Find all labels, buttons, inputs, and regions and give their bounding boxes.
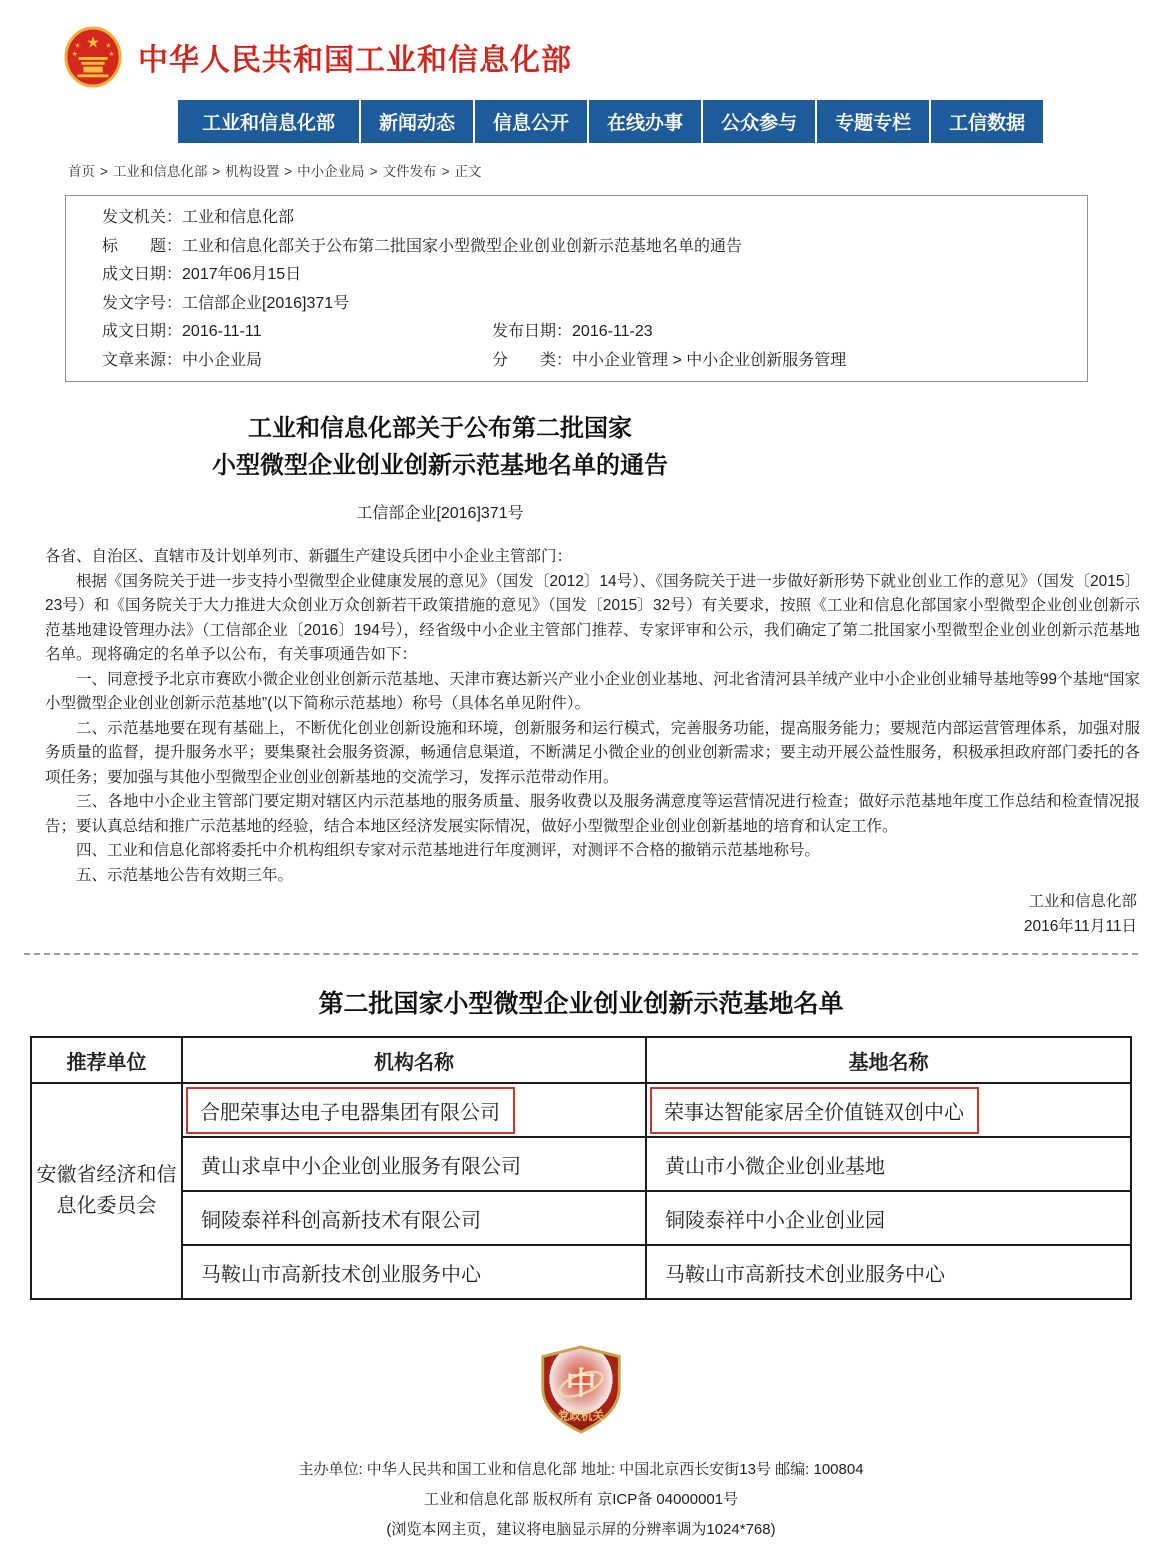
base-list-table: 推荐单位 机构名称 基地名称 安徽省经济和信息化委员会 合肥荣事达电子电器集团有… [30,1036,1132,1300]
nav-item-public-participation[interactable]: 公众参与 [701,100,815,143]
highlight-box-org: 合肥荣事达电子电器集团有限公司 [186,1087,515,1134]
breadcrumb-separator: > [100,164,108,179]
signature-issuer: 工业和信息化部 [0,889,1137,914]
meta-label: 分 类： [492,352,572,369]
svg-text:★: ★ [72,51,78,58]
svg-text:★: ★ [75,42,81,49]
table-header-recommender: 推荐单位 [31,1037,182,1083]
breadcrumb-home[interactable]: 首页 [68,164,95,179]
base-cell: 铜陵泰祥中小企业创业园 [646,1191,1131,1245]
national-emblem-icon: ★ ★ ★ ★ ★ [64,26,122,88]
footer-copyright-line: 工业和信息化部 版权所有 京ICP备 04000001号 [0,1485,1162,1515]
meta-label: 发文字号： [102,295,182,312]
meta-field-category: 分 类：中小企业管理 > 中小企业创新服务管理 [492,347,846,376]
meta-label: 文章来源： [102,352,182,369]
meta-row-source-category: 文章来源：中小企业局 分 类：中小企业管理 > 中小企业创新服务管理 [66,347,1087,376]
highlight-box-base: 荣事达智能家居全价值链双创中心 [650,1087,979,1134]
table-header-row: 推荐单位 机构名称 基地名称 [31,1037,1131,1083]
meta-value: 工业和信息化部关于公布第二批国家小型微型企业创业创新示范基地名单的通告 [182,238,742,255]
svg-text:★: ★ [86,34,100,51]
footer-text: 主办单位: 中华人民共和国工业和信息化部 地址: 中国北京西长安街13号 邮编:… [0,1455,1162,1545]
svg-text:党政机关: 党政机关 [558,1409,604,1423]
table-row: 铜陵泰祥科创高新技术有限公司 铜陵泰祥中小企业创业园 [31,1191,1131,1245]
breadcrumb-miit[interactable]: 工业和信息化部 [113,164,208,179]
svg-text:★: ★ [105,42,111,49]
meta-value: 中小企业管理 > 中小企业创新服务管理 [572,352,846,369]
document-title-line2: 小型微型企业创业创新示范基地名单的通告 [0,447,880,484]
breadcrumb-sme-bureau[interactable]: 中小企业局 [297,164,365,179]
table-row: 安徽省经济和信息化委员会 合肥荣事达电子电器集团有限公司 荣事达智能家居全价值链… [31,1083,1131,1137]
meta-label: 成文日期： [102,323,182,340]
signature-block: 工业和信息化部 2016年11月11日 [0,889,1137,939]
meta-label: 成文日期： [102,266,182,283]
meta-label: 发布日期： [492,323,572,340]
footer-host-line: 主办单位: 中华人民共和国工业和信息化部 地址: 中国北京西长安街13号 邮编:… [0,1455,1162,1485]
document-number: 工信部企业[2016]371号 [0,500,880,523]
meta-value: 工信部企业[2016]371号 [182,295,349,312]
doc-salutation: 各省、自治区、直辖市及计划单列市、新疆生产建设兵团中小企业主管部门： [45,545,1140,570]
meta-value: 2016-11-23 [572,323,653,340]
svg-text:★: ★ [108,51,114,58]
org-cell: 铜陵泰祥科创高新技术有限公司 [182,1191,646,1245]
breadcrumb-doc-release[interactable]: 文件发布 [383,164,437,179]
meta-label: 发文机关： [102,209,182,226]
doc-paragraph-item2: 二、示范基地要在现有基础上，不断优化创业创新设施和环境，创新服务和运行模式，完善… [45,717,1140,791]
meta-row-title: 标 题：工业和信息化部关于公布第二批国家小型微型企业创业创新示范基地名单的通告 [66,233,1087,262]
meta-row-dates: 成文日期：2016-11-11 发布日期：2016-11-23 [66,318,1087,347]
table-title: 第二批国家小型微型企业创业创新示范基地名单 [0,984,1162,1020]
doc-paragraph-item5: 五、示范基地公告有效期三年。 [45,864,1140,889]
document-body: 各省、自治区、直辖市及计划单列市、新疆生产建设兵团中小企业主管部门： 根据《国务… [45,545,1140,888]
meta-value: 2016-11-11 [182,323,261,340]
meta-row-doc-number: 发文字号：工信部企业[2016]371号 [66,290,1087,319]
base-cell-highlighted: 荣事达智能家居全价值链双创中心 [646,1083,1131,1137]
meta-label: 标 题： [102,238,182,255]
nav-item-miit[interactable]: 工业和信息化部 [178,100,359,143]
breadcrumb-separator: > [284,164,292,179]
breadcrumb-separator: > [370,164,378,179]
party-gov-badge-icon: 中 党政机关 [538,1344,624,1436]
doc-paragraph-item1: 一、同意授予北京市赛欧小微企业创业创新示范基地、天津市赛达新兴产业小企业创业基地… [45,668,1140,717]
meta-value: 中小企业局 [182,352,262,369]
breadcrumb-separator: > [442,164,450,179]
nav-item-info-disclosure[interactable]: 信息公开 [473,100,587,143]
org-cell-highlighted: 合肥荣事达电子电器集团有限公司 [182,1083,646,1137]
meta-row-issuing-agency: 发文机关：工业和信息化部 [66,204,1087,233]
doc-paragraph-item3: 三、各地中小企业主管部门要定期对辖区内示范基地的服务质量、服务收费以及服务满意度… [45,790,1140,839]
nav-item-special-topics[interactable]: 专题专栏 [815,100,929,143]
page-footer: 中 党政机关 主办单位: 中华人民共和国工业和信息化部 地址: 中国北京西长安街… [0,1344,1162,1545]
doc-paragraph-item4: 四、工业和信息化部将委托中介机构组织专家对示范基地进行年度测评，对测评不合格的撤… [45,839,1140,864]
table-header-org: 机构名称 [182,1037,646,1083]
signature-date: 2016年11月11日 [0,914,1137,939]
org-cell: 马鞍山市高新技术创业服务中心 [182,1245,646,1299]
base-cell: 马鞍山市高新技术创业服务中心 [646,1245,1131,1299]
main-nav: 工业和信息化部 新闻动态 信息公开 在线办事 公众参与 专题专栏 工信数据 [178,100,1043,143]
nav-item-online-services[interactable]: 在线办事 [587,100,701,143]
org-cell: 黄山求卓中小企业创业服务有限公司 [182,1137,646,1191]
doc-paragraph-basis: 根据《国务院关于进一步支持小型微型企业健康发展的意见》（国发〔2012〕14号）… [45,570,1140,668]
svg-text:中: 中 [566,1367,597,1401]
document-meta-box: 发文机关：工业和信息化部 标 题：工业和信息化部关于公布第二批国家小型微型企业创… [65,195,1088,382]
recommender-cell: 安徽省经济和信息化委员会 [31,1083,182,1299]
meta-field-publish-date: 发布日期：2016-11-23 [492,318,653,347]
table-row: 黄山求卓中小企业创业服务有限公司 黄山市小微企业创业基地 [31,1137,1131,1191]
breadcrumb-org-setup[interactable]: 机构设置 [225,164,279,179]
breadcrumb-separator: > [212,164,220,179]
dashed-divider [24,953,1138,955]
base-cell: 黄山市小微企业创业基地 [646,1137,1131,1191]
footer-resolution-line: (浏览本网主页，建议将电脑显示屏的分辨率调为1024*768) [0,1515,1162,1545]
breadcrumb: 首页>工业和信息化部>机构设置>中小企业局>文件发布>正文 [68,160,1162,180]
nav-item-data[interactable]: 工信数据 [929,100,1043,143]
table-row: 马鞍山市高新技术创业服务中心 马鞍山市高新技术创业服务中心 [31,1245,1131,1299]
site-title: 中华人民共和国工业和信息化部 [138,35,572,79]
nav-item-news[interactable]: 新闻动态 [359,100,473,143]
document-title-line1: 工业和信息化部关于公布第二批国家 [0,410,880,447]
meta-field-written-date2: 成文日期：2016-11-11 [102,318,492,347]
meta-row-written-date: 成文日期：2017年06月15日 [66,261,1087,290]
site-header: ★ ★ ★ ★ ★ 中华人民共和国工业和信息化部 [0,0,1162,88]
breadcrumb-current: 正文 [454,164,481,179]
table-header-base: 基地名称 [646,1037,1131,1083]
meta-value: 工业和信息化部 [182,209,294,226]
meta-value: 2017年06月15日 [182,266,301,283]
document-title-block: 工业和信息化部关于公布第二批国家 小型微型企业创业创新示范基地名单的通告 工信部… [0,410,880,523]
meta-field-source: 文章来源：中小企业局 [102,347,492,376]
